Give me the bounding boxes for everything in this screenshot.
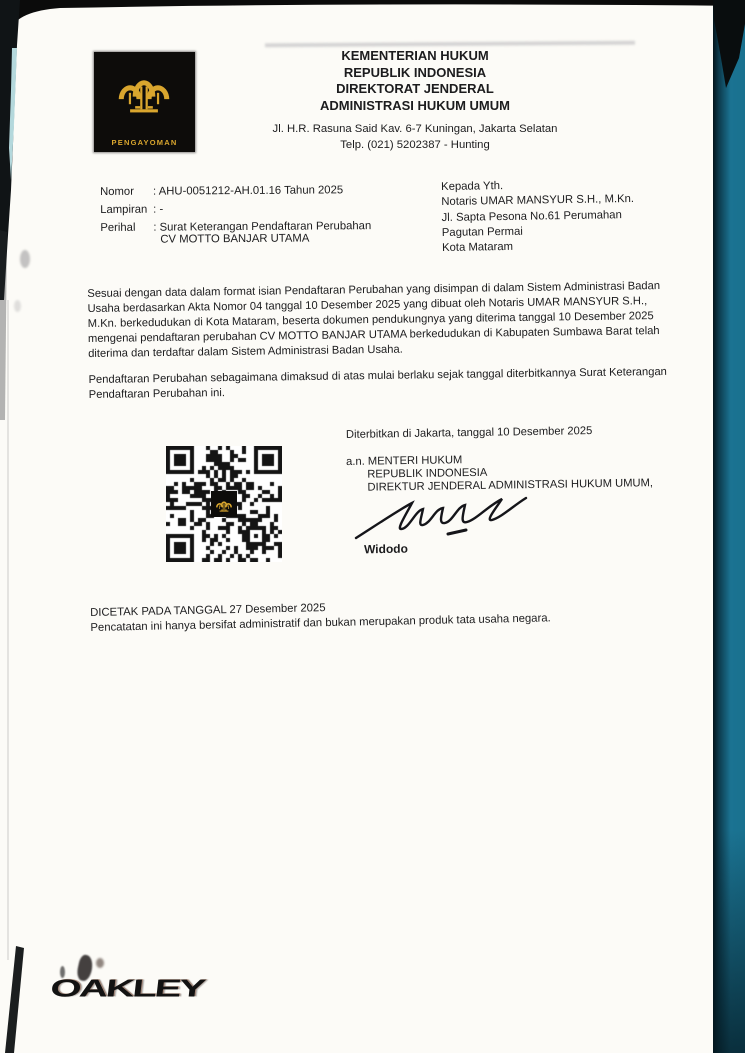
body-paragraph-1: Sesuai dengan data dalam format isian Pe… (87, 279, 668, 362)
ministry-title-line: ADMINISTRASI HUKUM UMUM (240, 98, 590, 115)
perihal-label: Perihal (100, 222, 153, 246)
ministry-title-line: DIREKTORAT JENDERAL (240, 81, 590, 98)
lampiran-label: Lampiran (100, 204, 153, 216)
ministry-logo: PENGAYOMAN (94, 52, 195, 152)
qr-center-logo (211, 491, 237, 517)
recipient-block: Kepada Yth. Notaris UMAR MANSYUR S.H., M… (441, 177, 635, 257)
recipient-line: Kota Mataram (442, 238, 635, 256)
meta-row-perihal: Perihal : Surat Keterangan Pendaftaran P… (100, 220, 371, 246)
ink-smudge (96, 958, 104, 968)
recipient-line: Jl. Sapta Pesona No.61 Perumahan (441, 208, 634, 226)
scan-left-crease (7, 300, 9, 960)
letter-meta: Nomor : AHU-0051212-AH.01.16 Tahun 2025 … (100, 184, 371, 252)
ministry-address: Jl. H.R. Rasuna Said Kav. 6-7 Kuningan, … (240, 122, 590, 153)
perihal-value-line2: CV MOTTO BANJAR UTAMA (153, 232, 371, 246)
logo-caption: PENGAYOMAN (94, 138, 195, 147)
ministry-title-line: REPUBLIK INDONESIA (240, 65, 590, 82)
address-line: Jl. H.R. Rasuna Said Kav. 6-7 Kuningan, … (240, 122, 590, 138)
nomor-value: : AHU-0051212-AH.01.16 Tahun 2025 (153, 184, 343, 197)
lampiran-value: : - (153, 204, 163, 216)
letterhead: KEMENTERIAN HUKUM REPUBLIK INDONESIA DIR… (240, 48, 590, 153)
scanned-letter-page: PENGAYOMAN KEMENTERIAN HUKUM REPUBLIK IN… (0, 0, 745, 1053)
qr-code (166, 446, 282, 562)
scan-smudge (14, 300, 21, 312)
signature-scribble (350, 486, 570, 546)
signer-name: Widodo (364, 542, 408, 557)
pengayoman-emblem-icon (111, 60, 177, 120)
address-line: Telp. (021) 5202387 - Hunting (240, 138, 590, 154)
body-paragraph-2: Pendaftaran Perubahan sebagaimana dimaks… (88, 365, 668, 403)
oakley-logo-stamp: OAKLEY (49, 975, 205, 1003)
meta-row-nomor: Nomor : AHU-0051212-AH.01.16 Tahun 2025 (100, 184, 371, 198)
meta-row-lampiran: Lampiran : - (100, 202, 371, 216)
scan-smudge (20, 250, 30, 268)
perihal-value: : Surat Keterangan Pendaftaran Perubahan… (153, 220, 371, 246)
pengayoman-emblem-icon (214, 495, 234, 514)
perihal-value-line1: : Surat Keterangan Pendaftaran Perubahan (153, 220, 371, 234)
letter-body: Sesuai dengan data dalam format isian Pe… (87, 279, 669, 414)
nomor-label: Nomor (100, 186, 153, 198)
ministry-title-line: KEMENTERIAN HUKUM (240, 48, 590, 65)
